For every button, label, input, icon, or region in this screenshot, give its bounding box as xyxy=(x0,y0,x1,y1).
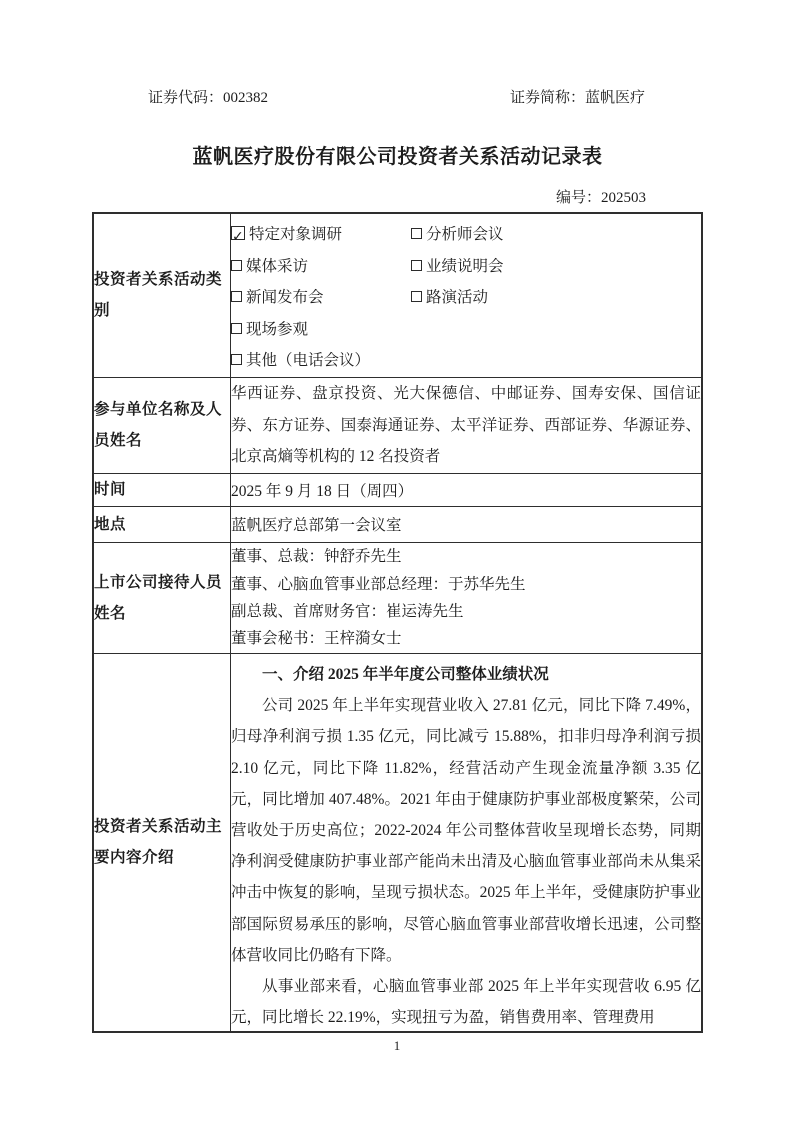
securities-header: 证券代码：002382 证券简称：蓝帆医疗 xyxy=(92,88,703,108)
activity-option: 新闻发布会 xyxy=(231,282,411,314)
document-page: 证券代码：002382 证券简称：蓝帆医疗 蓝帆医疗股份有限公司投资者关系活动记… xyxy=(0,0,794,1123)
activity-option-label: 业绩说明会 xyxy=(426,258,504,275)
table-row-participants: 参与单位名称及人员姓名 华西证券、盘京投资、光大保德信、中邮证券、国寿安保、国信… xyxy=(93,377,702,473)
table-row-time: 时间 2025 年 9 月 18 日（周四） xyxy=(93,473,702,506)
table-row-activity-type: 投资者关系活动类别 特定对象调研 分析师会议 媒体采访 业绩说明会 xyxy=(93,213,702,377)
host-line: 副总裁、首席财务官：崔运涛先生 xyxy=(231,598,701,625)
place-label: 地点 xyxy=(93,506,231,542)
activity-option-label: 特定对象调研 xyxy=(249,226,342,243)
content-heading: 一、介绍 2025 年半年度公司整体业绩状况 xyxy=(231,659,701,690)
main-content-cell: 一、介绍 2025 年半年度公司整体业绩状况 公司 2025 年上半年实现营业收… xyxy=(231,653,703,1032)
table-row-place: 地点 蓝帆医疗总部第一会议室 xyxy=(93,506,702,542)
activity-option-label: 现场参观 xyxy=(246,321,308,338)
table-row-main-content: 投资者关系活动主要内容介绍 一、介绍 2025 年半年度公司整体业绩状况 公司 … xyxy=(93,653,702,1032)
page-number: 1 xyxy=(0,1038,794,1054)
record-table: 投资者关系活动类别 特定对象调研 分析师会议 媒体采访 业绩说明会 xyxy=(92,212,703,1033)
checkbox-unchecked-icon[interactable] xyxy=(411,260,422,271)
checkbox-unchecked-icon[interactable] xyxy=(231,291,242,302)
activity-option-label: 媒体采访 xyxy=(246,258,308,275)
participants-text: 华西证券、盘京投资、光大保德信、中邮证券、国寿安保、国信证券、东方证券、国泰海通… xyxy=(231,377,703,473)
checkbox-unchecked-icon[interactable] xyxy=(231,354,242,365)
time-value: 2025 年 9 月 18 日（周四） xyxy=(231,473,703,506)
activity-option: 业绩说明会 xyxy=(411,251,701,283)
host-line: 董事、总裁：钟舒乔先生 xyxy=(231,543,701,570)
checkbox-unchecked-icon[interactable] xyxy=(411,228,422,239)
hosts-cell: 董事、总裁：钟舒乔先生 董事、心脑血管事业部总经理：于苏华先生 副总裁、首席财务… xyxy=(231,542,703,653)
doc-number: 编号：202503 xyxy=(92,188,703,208)
stock-name: 证券简称：蓝帆医疗 xyxy=(510,88,645,108)
activity-type-cell: 特定对象调研 分析师会议 媒体采访 业绩说明会 新闻发布会 xyxy=(231,213,703,377)
activity-option-label: 分析师会议 xyxy=(426,226,504,243)
checkbox-unchecked-icon[interactable] xyxy=(411,291,422,302)
activity-option: 分析师会议 xyxy=(411,219,701,251)
document-content: 证券代码：002382 证券简称：蓝帆医疗 蓝帆医疗股份有限公司投资者关系活动记… xyxy=(92,0,703,1033)
checkbox-checked-icon[interactable] xyxy=(231,226,245,240)
activity-option-label: 新闻发布会 xyxy=(246,289,324,306)
main-content-label: 投资者关系活动主要内容介绍 xyxy=(93,653,231,1032)
content-paragraph: 从事业部来看，心脑血管事业部 2025 年上半年实现营收 6.95 亿元，同比增… xyxy=(231,971,701,1028)
main-content-body: 一、介绍 2025 年半年度公司整体业绩状况 公司 2025 年上半年实现营业收… xyxy=(231,654,701,1028)
participants-label: 参与单位名称及人员姓名 xyxy=(93,377,231,473)
activity-option: 媒体采访 xyxy=(231,251,411,283)
activity-option-label: 路演活动 xyxy=(426,289,488,306)
activity-type-label: 投资者关系活动类别 xyxy=(93,213,231,377)
checkbox-unchecked-icon[interactable] xyxy=(231,260,242,271)
activity-option: 其他（电话会议） xyxy=(231,345,411,377)
host-line: 董事、心脑血管事业部总经理：于苏华先生 xyxy=(231,571,701,598)
activity-option: 现场参观 xyxy=(231,314,411,346)
checkbox-unchecked-icon[interactable] xyxy=(231,323,242,334)
activity-option: 特定对象调研 xyxy=(231,219,411,251)
content-paragraph: 公司 2025 年上半年实现营业收入 27.81 亿元，同比下降 7.49%，归… xyxy=(231,690,701,971)
activity-options: 特定对象调研 分析师会议 媒体采访 业绩说明会 新闻发布会 xyxy=(231,214,701,377)
place-value: 蓝帆医疗总部第一会议室 xyxy=(231,506,703,542)
activity-option: 路演活动 xyxy=(411,282,701,314)
hosts-label: 上市公司接待人员姓名 xyxy=(93,542,231,653)
host-line: 董事会秘书：王梓漪女士 xyxy=(231,625,701,652)
stock-code: 证券代码：002382 xyxy=(148,88,268,108)
table-row-hosts: 上市公司接待人员姓名 董事、总裁：钟舒乔先生 董事、心脑血管事业部总经理：于苏华… xyxy=(93,542,702,653)
time-label: 时间 xyxy=(93,473,231,506)
activity-option-label: 其他（电话会议） xyxy=(246,352,370,369)
page-title: 蓝帆医疗股份有限公司投资者关系活动记录表 xyxy=(92,145,703,169)
